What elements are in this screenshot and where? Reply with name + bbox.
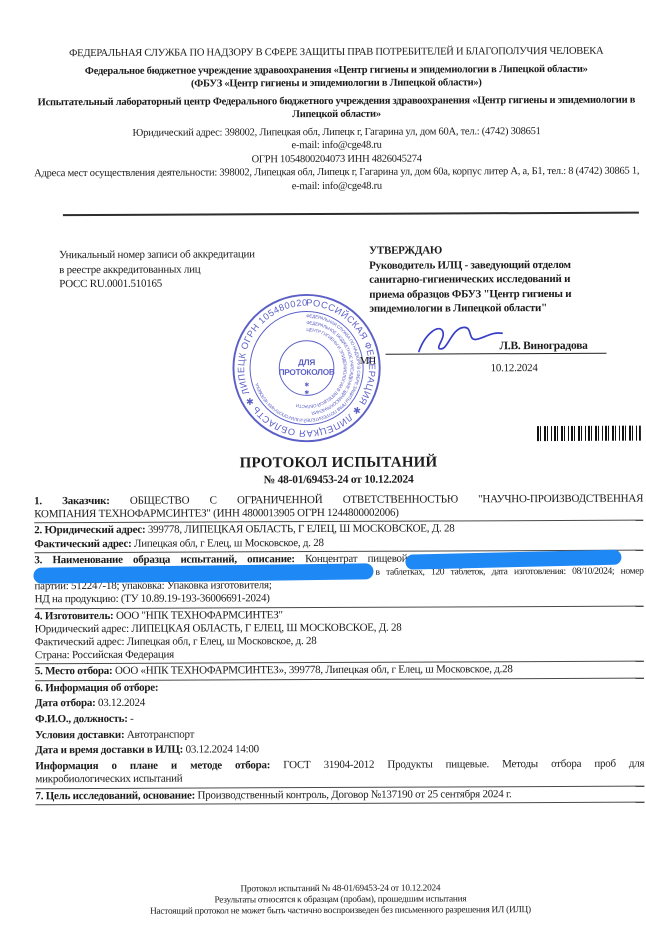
section-label: 1. Заказчик: bbox=[34, 495, 110, 507]
page-footer: Протокол испытаний № 48-01/69453-24 от 1… bbox=[36, 883, 645, 918]
field-label: Условия доставки: bbox=[35, 729, 124, 741]
sampling-info-row: Дата и время доставки в ИЛЦ: 03.12.2024 … bbox=[35, 742, 644, 758]
field-value: - bbox=[130, 713, 133, 725]
sampling-info-row: Условия доставки: Автотранспорт bbox=[35, 726, 644, 742]
approval-block: УТВЕРЖДАЮ Руководитель ИЛЦ - заведующий … bbox=[369, 243, 643, 316]
section-label: 5. Место отбора: bbox=[35, 665, 113, 677]
customer-name-cont: КОМПАНИЯ ТЕХНОФАРМСИНТЕЗ" (ИНН 480001390… bbox=[34, 506, 643, 522]
signer-name: Л.В. Виноградова bbox=[499, 340, 587, 352]
approval-title: УТВЕРЖДАЮ bbox=[369, 243, 643, 258]
customer-legal-address: 399778, ЛИПЕЦКАЯ ОБЛАСТЬ, Г ЕЛЕЦ, Ш МОСК… bbox=[148, 523, 455, 536]
section-sampling-info: 6. Информация об отборе: Дата отбора: 03… bbox=[35, 677, 644, 788]
activity-addresses: Адреса мест осуществления деятельности: … bbox=[33, 165, 641, 195]
protocol-sections: 1. Заказчик: ОБЩЕСТВО С ОГРАНИЧЕННОЙ ОТВ… bbox=[34, 492, 644, 805]
manufacturer-country: Страна: Российская Федерация bbox=[35, 647, 644, 663]
section-legal-address: 2. Юридический адрес: 399778, ЛИПЕЦКАЯ О… bbox=[34, 520, 643, 552]
stamp-star: ✱ bbox=[304, 389, 309, 396]
organization-name-abbr: (ФБУЗ «Центр гигиены и эпидемиологии в Л… bbox=[32, 76, 640, 92]
sampling-info-row: Дата отбора: 03.12.2024 bbox=[35, 695, 644, 711]
letterhead: ФЕДЕРАЛЬНАЯ СЛУЖБА ПО НАДЗОРУ В СФЕРЕ ЗА… bbox=[32, 45, 641, 195]
section-label: 2. Юридический адрес: bbox=[34, 524, 145, 536]
protocol-title: ПРОТОКОЛ ИСПЫТАНИЙ bbox=[34, 454, 643, 474]
approval-line: санитарно-гигиенических исследований и bbox=[369, 272, 643, 287]
mp-seal-mark: МП bbox=[360, 356, 376, 367]
approval-line: эпидемиологии в Липецкой области" bbox=[369, 300, 643, 315]
nd-product-line: НД на продукцию: (ТУ 10.89.19-193-360066… bbox=[35, 591, 644, 607]
accreditation-block: Уникальный номер записи об аккредитации … bbox=[59, 247, 329, 292]
field-label: Информация о плане и методе отбора: bbox=[35, 759, 270, 772]
field-label: Дата и время доставки в ИЛЦ: bbox=[35, 744, 183, 757]
field-label: Фактический адрес: bbox=[34, 537, 131, 549]
field-label: Ф.И.О., должность: bbox=[35, 713, 128, 725]
field-value: 03.12.2024 14:00 bbox=[186, 744, 259, 756]
customer-actual-address: Липецкая обл, г Елец, ш Московское, д. 2… bbox=[134, 537, 324, 550]
scanned-test-protocol-page: ФЕДЕРАЛЬНАЯ СЛУЖБА ПО НАДЗОРУ В СФЕРЕ ЗА… bbox=[0, 0, 646, 927]
section-manufacturer: 4. Изготовитель: ООО "НПК ТЕХНОФАРМСИНТЕ… bbox=[35, 605, 644, 663]
field-value: 03.12.2024 bbox=[98, 697, 145, 709]
section-research-purpose: 7. Цель исследований, основание: Произво… bbox=[35, 785, 644, 804]
sampling-method-row: Информация о плане и методе отбора: ГОСТ… bbox=[35, 758, 644, 787]
barcode-image bbox=[537, 426, 641, 441]
sampling-method: ГОСТ 31904-2012 Продукты пищевые. Методы… bbox=[283, 758, 644, 772]
organization-name-full: Федеральное бюджетное учреждение здравоо… bbox=[32, 62, 640, 78]
sampling-info-row: Ф.И.О., должность: - bbox=[35, 711, 644, 727]
sampling-method-cont: микробиологических испытаний bbox=[35, 771, 644, 787]
signature-stroke-icon bbox=[407, 322, 513, 356]
document-sheet: ФЕДЕРАЛЬНАЯ СЛУЖБА ПО НАДЗОРУ В СФЕРЕ ЗА… bbox=[0, 0, 646, 927]
section-customer: 1. Заказчик: ОБЩЕСТВО С ОГРАНИЧЕННОЙ ОТВ… bbox=[34, 492, 643, 523]
accreditation-line: в реестре аккредитованных лиц bbox=[59, 261, 329, 277]
footer-reproduction-note: Настоящий протокол не может быть частичн… bbox=[36, 904, 645, 917]
stamp-center-text: ДЛЯ bbox=[298, 358, 315, 367]
header-divider bbox=[63, 212, 639, 217]
approval-line: Руководитель ИЛЦ - заведующий отделом bbox=[369, 258, 643, 273]
field-value: Автотранспорт bbox=[127, 728, 194, 740]
stamp-center-text: ПРОТОКОЛОВ bbox=[279, 368, 335, 377]
official-round-stamp-icon: РОССИЙСКАЯ ФЕДЕРАЦИЯ ✱ ЛИПЕЦКАЯ ОБЛАСТЬ … bbox=[228, 290, 385, 447]
protocol-number: № 48-01/69453-24 от 10.12.2024 bbox=[34, 473, 643, 488]
manufacturer-name: ООО "НПК ТЕХНОФАРМСИНТЕЗ" bbox=[116, 609, 283, 622]
research-purpose: Производственный контроль, Договор №1371… bbox=[197, 788, 511, 801]
approval-line: приема образцов ФБУЗ "Центр гигиены и bbox=[369, 286, 643, 301]
customer-name: ОБЩЕСТВО С ОГРАНИЧЕННОЙ ОТВЕТСТВЕННОСТЬЮ… bbox=[130, 493, 643, 507]
federal-service-name: ФЕДЕРАЛЬНАЯ СЛУЖБА ПО НАДЗОРУ В СФЕРЕ ЗА… bbox=[32, 45, 640, 61]
organization-name: Федеральное бюджетное учреждение здравоо… bbox=[32, 62, 640, 92]
sampling-place: ООО «НПК ТЕХНОФАРМСИНТЕЗ», 399778, Липец… bbox=[115, 664, 513, 678]
approval-date: 10.12.2024 bbox=[491, 362, 538, 374]
laboratory-center-name: Испытательный лабораторный центр Федерал… bbox=[32, 93, 640, 123]
field-label: Дата отбора: bbox=[35, 697, 96, 709]
stamp-star: ✱ bbox=[304, 382, 309, 389]
section-label: 6. Информация об отборе: bbox=[35, 679, 644, 695]
section-label: 7. Цель исследований, основание: bbox=[35, 789, 195, 802]
section-label: 4. Изготовитель: bbox=[35, 610, 114, 622]
accreditation-line: Уникальный номер записи об аккредитации bbox=[59, 247, 329, 263]
